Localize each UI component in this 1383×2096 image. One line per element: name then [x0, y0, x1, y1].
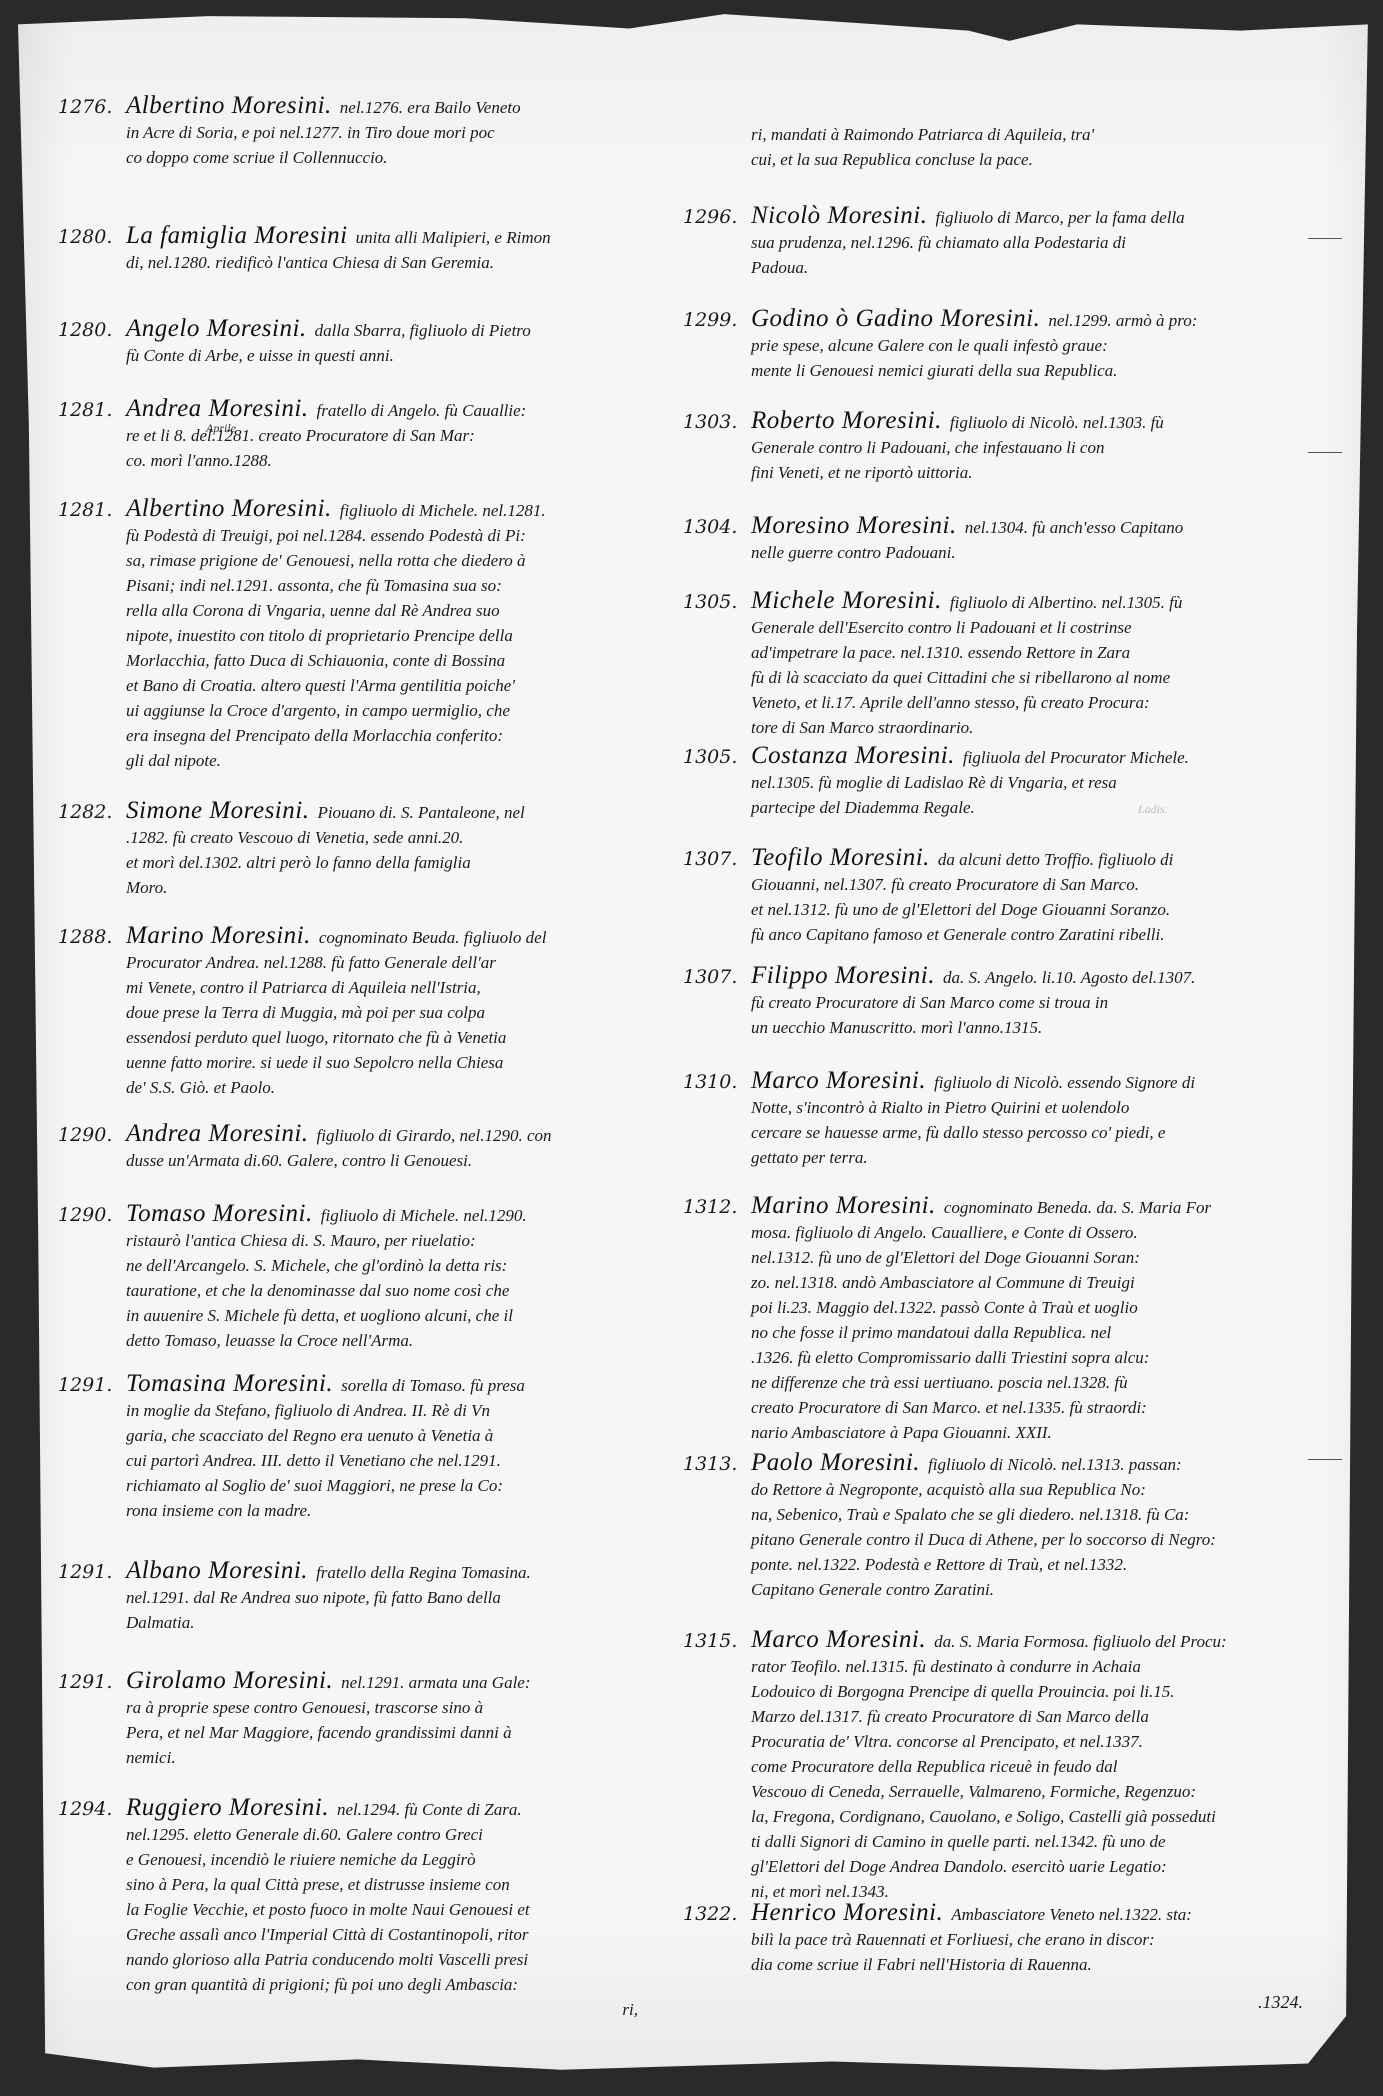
- entry-line: sua prudenza, nel.1296. fù chiamato alla…: [751, 230, 1353, 255]
- entry-line: ad'impetrare la pace. nel.1310. essendo …: [751, 640, 1353, 665]
- entry-year: 1281.: [58, 399, 126, 421]
- entry-line: gettato per terra.: [751, 1145, 1353, 1170]
- entry-line: nel.1295. eletto Generale di.60. Galere …: [126, 1822, 698, 1847]
- entry-famiglia-1280: 1280. La famiglia Moresini unita alli Ma…: [58, 222, 698, 275]
- entry-name: Moresino Moresini.: [751, 512, 957, 540]
- entry-text: nel.1304. fù anch'esso Capitano: [965, 518, 1184, 538]
- entry-year: 1322.: [683, 1903, 751, 1925]
- entry-line: mente li Genouesi nemici giurati della s…: [751, 358, 1353, 383]
- entry-line: in auuenire S. Michele fù detta, et uogl…: [126, 1303, 698, 1328]
- entry-line: nario Ambasciatore à Papa Giouanni. XXII…: [751, 1420, 1353, 1445]
- entry-girolamo-1291: 1291. Girolamo Moresini. nel.1291. armat…: [58, 1667, 698, 1770]
- margin-mark: [1308, 238, 1342, 239]
- entry-line: nel.1305. fù moglie di Ladislao Rè di Vn…: [751, 770, 1353, 795]
- entry-line: Pisani; indi nel.1291. assonta, che fù T…: [126, 573, 698, 598]
- entry-line: rella alla Corona di Vngaria, uenne dal …: [126, 598, 698, 623]
- entry-line: et nel.1312. fù uno de gl'Elettori del D…: [751, 897, 1353, 922]
- entry-year: 1296.: [683, 206, 751, 228]
- entry-year: 1291.: [58, 1671, 126, 1693]
- entry-marino-1312: 1312. Marino Moresini. cognominato Bened…: [683, 1192, 1353, 1445]
- entry-andrea-1290: 1290. Andrea Moresini. figliuolo di Gira…: [58, 1120, 698, 1173]
- entry-year: 1290.: [58, 1124, 126, 1146]
- entry-text: nel.1294. fù Conte di Zara.: [337, 1800, 522, 1820]
- entry-line: poi li.23. Maggio del.1322. passò Conte …: [751, 1295, 1353, 1320]
- entry-line: Pera, et nel Mar Maggiore, facendo grand…: [126, 1720, 698, 1745]
- entry-line: zo. nel.1318. andò Ambasciatore al Commu…: [751, 1270, 1353, 1295]
- entry-name: Andrea Moresini.: [126, 1120, 309, 1148]
- entry-line: era insegna del Prencipato della Morlacc…: [126, 723, 698, 748]
- entry-year: 1313.: [683, 1453, 751, 1475]
- entry-name: Roberto Moresini.: [751, 407, 942, 435]
- entry-text: unita alli Malipieri, e Rimon: [356, 228, 551, 248]
- entry-line: Lodouico di Borgogna Prencipe di quella …: [751, 1679, 1353, 1704]
- entry-text: sorella di Tomaso. fù presa: [341, 1376, 525, 1396]
- entry-line: tore di San Marco straordinario.: [751, 715, 1353, 740]
- entry-nicolo-1296: 1296. Nicolò Moresini. figliuolo di Marc…: [683, 202, 1353, 280]
- entry-line: come Procuratore della Republica riceuè …: [751, 1754, 1353, 1779]
- entry-text: da. S. Maria Formosa. figliuolo del Proc…: [934, 1632, 1227, 1652]
- entry-line: bilì la pace trà Rauennati et Forliuesi,…: [751, 1927, 1353, 1952]
- entry-line: doue prese la Terra di Muggia, mà poi pe…: [126, 1000, 698, 1025]
- margin-mark: [1308, 1459, 1342, 1460]
- entry-tomaso-1290: 1290. Tomaso Moresini. figliuolo di Mich…: [58, 1200, 698, 1353]
- entry-line: na, Sebenico, Traù e Spalato che se gli …: [751, 1502, 1353, 1527]
- entry-text: nel.1291. armata una Gale:: [341, 1673, 530, 1693]
- faint-annotation: Ladis.: [1138, 802, 1168, 817]
- entry-line: di, nel.1280. riedificò l'antica Chiesa …: [126, 250, 698, 275]
- entry-line: ui aggiunse la Croce d'argento, in campo…: [126, 698, 698, 723]
- entry-tomasina-1291: 1291. Tomasina Moresini. sorella di Toma…: [58, 1370, 698, 1523]
- entry-line: mi Venete, contro il Patriarca di Aquile…: [126, 975, 698, 1000]
- entry-line: Vescouo di Ceneda, Serrauelle, Valmareno…: [751, 1779, 1353, 1804]
- entry-henrico-1322: 1322. Henrico Moresini. Ambasciatore Ven…: [683, 1899, 1353, 1977]
- entry-line: Capitano Generale contro Zaratini.: [751, 1577, 1353, 1602]
- entry-line: in Acre di Soria, e poi nel.1277. in Tir…: [126, 120, 698, 145]
- entry-text: dalla Sbarra, figliuolo di Pietro: [315, 321, 531, 341]
- entry-costanza-1305: 1305. Costanza Moresini. figliuola del P…: [683, 742, 1353, 820]
- entry-name: Godino ò Gadino Moresini.: [751, 305, 1040, 333]
- entry-line: richiamato al Soglio de' suoi Maggiori, …: [126, 1473, 698, 1498]
- entry-marino-1288: 1288. Marino Moresini. cognominato Beuda…: [58, 922, 698, 1100]
- entry-line: ne differenze che trà essi uertiuano. po…: [751, 1370, 1353, 1395]
- entry-name: Simone Moresini.: [126, 797, 309, 825]
- entry-year: 1315.: [683, 1630, 751, 1652]
- entry-text: da. S. Angelo. li.10. Agosto del.1307.: [943, 968, 1195, 988]
- entry-line: co doppo come scriue il Collennuccio.: [126, 145, 698, 170]
- entry-name: Nicolò Moresini.: [751, 202, 928, 230]
- entry-line: Generale contro li Padouani, che infesta…: [751, 435, 1353, 460]
- entry-text: cognominato Beneda. da. S. Maria For: [944, 1198, 1211, 1218]
- entry-marco-1310: 1310. Marco Moresini. figliuolo di Nicol…: [683, 1067, 1353, 1170]
- entry-year: 1307.: [683, 966, 751, 988]
- entry-year: 1276.: [58, 96, 126, 118]
- entry-line: ristaurò l'antica Chiesa di. S. Mauro, p…: [126, 1228, 698, 1253]
- entry-line: nel.1291. dal Re Andrea suo nipote, fù f…: [126, 1585, 698, 1610]
- entry-text: fratello della Regina Tomasina.: [316, 1563, 531, 1583]
- entry-name: Marino Moresini.: [126, 922, 311, 950]
- entry-teofilo-1307: 1307. Teofilo Moresini. da alcuni detto …: [683, 844, 1353, 947]
- entry-line: sa, rimase prigione de' Genouesi, nella …: [126, 548, 698, 573]
- entry-godino-1299: 1299. Godino ò Gadino Moresini. nel.1299…: [683, 305, 1353, 383]
- entry-line: Padoua.: [751, 255, 1353, 280]
- entry-line: nipote, inuestito con titolo di propriet…: [126, 623, 698, 648]
- entry-text: nel.1299. armò à pro:: [1048, 311, 1197, 331]
- entry-text: figliuolo di Michele. nel.1290.: [321, 1206, 527, 1226]
- entry-line: Procurator Andrea. nel.1288. fù fatto Ge…: [126, 950, 698, 975]
- entry-year: 1280.: [58, 319, 126, 341]
- entry-name: Tomaso Moresini.: [126, 1200, 313, 1228]
- entry-year: 1282.: [58, 801, 126, 823]
- entry-line: nemici.: [126, 1745, 698, 1770]
- entry-line: partecipe del Diademma Regale.: [751, 795, 1353, 820]
- entry-line: Marzo del.1317. fù creato Procuratore di…: [751, 1704, 1353, 1729]
- entry-year: 1290.: [58, 1204, 126, 1226]
- continuation-block: ri, mandati à Raimondo Patriarca di Aqui…: [683, 122, 1353, 172]
- entry-albano-1291: 1291. Albano Moresini. fratello della Re…: [58, 1557, 698, 1635]
- entry-line: con gran quantità di prigioni; fù poi un…: [126, 1972, 698, 1997]
- entry-line: Morlacchia, fatto Duca di Schiauonia, co…: [126, 648, 698, 673]
- entry-line: fini Veneti, et ne riportò uittoria.: [751, 460, 1353, 485]
- entry-name: Girolamo Moresini.: [126, 1667, 333, 1695]
- entry-name: Tomasina Moresini.: [126, 1370, 333, 1398]
- entry-name: Albertino Moresini.: [126, 495, 332, 523]
- catchword: .1324.: [1258, 1992, 1303, 2013]
- entry-name: Marco Moresini.: [751, 1067, 926, 1095]
- entry-line: et Bano di Croatia. altero questi l'Arma…: [126, 673, 698, 698]
- entry-name: Filippo Moresini.: [751, 962, 935, 990]
- entry-filippo-1307: 1307. Filippo Moresini. da. S. Angelo. l…: [683, 962, 1353, 1040]
- entry-line: fù Conte di Arbe, e uisse in questi anni…: [126, 343, 698, 368]
- entry-line: in moglie da Stefano, figliuolo di Andre…: [126, 1398, 698, 1423]
- entry-year: 1281.: [58, 499, 126, 521]
- entry-year: 1304.: [683, 516, 751, 538]
- entry-text: figliuolo di Nicolò. nel.1313. passan:: [928, 1455, 1182, 1475]
- entry-text: figliuolo di Marco, per la fama della: [936, 208, 1185, 228]
- entry-simone-1282: 1282. Simone Moresini. Piouano di. S. Pa…: [58, 797, 698, 900]
- margin-mark: [1308, 452, 1342, 453]
- entry-albertino-1276: 1276. Albertino Moresini. nel.1276. era …: [58, 92, 698, 170]
- entry-name: Ruggiero Moresini.: [126, 1794, 329, 1822]
- entry-line: do Rettore à Negroponte, acquistò alla s…: [751, 1477, 1353, 1502]
- entry-text: figliuolo di Michele. nel.1281.: [340, 501, 546, 521]
- entry-year: 1280.: [58, 226, 126, 248]
- entry-name: La famiglia Moresini: [126, 222, 348, 250]
- entry-year: 1291.: [58, 1374, 126, 1396]
- entry-text: fratello di Angelo. fù Cauallie:: [317, 401, 527, 421]
- entry-text: cognominato Beuda. figliuolo del: [319, 928, 547, 948]
- entry-year: 1305.: [683, 746, 751, 768]
- entry-name: Albertino Moresini.: [126, 92, 332, 120]
- entry-name: Paolo Moresini.: [751, 1449, 920, 1477]
- entry-marco-1315: 1315. Marco Moresini. da. S. Maria Formo…: [683, 1626, 1353, 1904]
- entry-line: detto Tomaso, leuasse la Croce nell'Arma…: [126, 1328, 698, 1353]
- entry-text: figliuolo di Nicolò. nel.1303. fù: [950, 413, 1164, 433]
- entry-name: Teofilo Moresini.: [751, 844, 930, 872]
- entry-line: creato Procuratore di San Marco. et nel.…: [751, 1395, 1353, 1420]
- entry-line: nelle guerre contro Padouani.: [751, 540, 1353, 565]
- entry-line: no che fosse il primo mandatoui dalla Re…: [751, 1320, 1353, 1345]
- entry-name: Michele Moresini.: [751, 587, 942, 615]
- entry-name: Marino Moresini.: [751, 1192, 936, 1220]
- entry-line: ri,: [126, 1997, 698, 2022]
- entry-line: essendosi perduto quel luogo, ritornato …: [126, 1025, 698, 1050]
- entry-name: Henrico Moresini.: [751, 1899, 943, 1927]
- entry-year: 1299.: [683, 309, 751, 331]
- entry-line: la, Fregona, Cordignano, Cauolano, e Sol…: [751, 1804, 1353, 1829]
- entry-text: figliuolo di Nicolò. essendo Signore di: [934, 1073, 1195, 1093]
- entry-line: nando glorioso alla Patria conducendo mo…: [126, 1947, 698, 1972]
- entry-line: dia come scriue il Fabri nell'Historia d…: [751, 1952, 1353, 1977]
- manuscript-page: 1276. Albertino Moresini. nel.1276. era …: [18, 12, 1376, 2078]
- entry-moresino-1304: 1304. Moresino Moresini. nel.1304. fù an…: [683, 512, 1353, 565]
- entry-line: sino à Pera, la qual Città prese, et dis…: [126, 1872, 698, 1897]
- entry-year: 1294.: [58, 1798, 126, 1820]
- entry-line: et morì del.1302. altri però lo fanno de…: [126, 850, 698, 875]
- entry-line: Procuratia de' Vltra. concorse al Prenci…: [751, 1729, 1353, 1754]
- interlinear-note: Aprile: [206, 421, 236, 436]
- entry-name: Angelo Moresini.: [126, 315, 307, 343]
- entry-text: Piouano di. S. Pantaleone, nel: [317, 803, 524, 823]
- entry-line: rator Teofilo. nel.1315. fù destinato à …: [751, 1654, 1353, 1679]
- entry-line: mosa. figliuolo di Angelo. Caualliere, e…: [751, 1220, 1353, 1245]
- entry-year: 1307.: [683, 848, 751, 870]
- entry-paolo-1313: 1313. Paolo Moresini. figliuolo di Nicol…: [683, 1449, 1353, 1602]
- entry-line: ponte. nel.1322. Podestà e Rettore di Tr…: [751, 1552, 1353, 1577]
- entry-line: Notte, s'incontrò à Rialto in Pietro Qui…: [751, 1095, 1353, 1120]
- entry-line: fù di là scacciato da quei Cittadini che…: [751, 665, 1353, 690]
- continuation-line: cui, et la sua Republica concluse la pac…: [751, 147, 1353, 172]
- entry-name: Marco Moresini.: [751, 1626, 926, 1654]
- entry-line: nel.1312. fù uno de gl'Elettori del Doge…: [751, 1245, 1353, 1270]
- entry-line: prie spese, alcune Galere con le quali i…: [751, 333, 1353, 358]
- entry-year: 1305.: [683, 591, 751, 613]
- entry-line: Dalmatia.: [126, 1610, 698, 1635]
- entry-roberto-1303: 1303. Roberto Moresini. figliuolo di Nic…: [683, 407, 1353, 485]
- entry-text: figliuola del Procurator Michele.: [963, 748, 1189, 768]
- entry-year: 1288.: [58, 926, 126, 948]
- entry-line: Veneto, et li.17. Aprile dell'anno stess…: [751, 690, 1353, 715]
- entry-line: .1282. fù creato Vescouo di Venetia, sed…: [126, 825, 698, 850]
- entry-line: uenne fatto morire. si uede il suo Sepol…: [126, 1050, 698, 1075]
- entry-line: la Foglie Vecchie, et posto fuoco in mol…: [126, 1897, 698, 1922]
- entry-text: nel.1276. era Bailo Veneto: [340, 98, 521, 118]
- entry-line: gli dal nipote.: [126, 748, 698, 773]
- entry-line: fù anco Capitano famoso et Generale cont…: [751, 922, 1353, 947]
- entry-ruggiero-1294: 1294. Ruggiero Moresini. nel.1294. fù Co…: [58, 1794, 698, 2022]
- entry-albertino-1281: 1281. Albertino Moresini. figliuolo di M…: [58, 495, 698, 773]
- continuation-line: ri, mandati à Raimondo Patriarca di Aqui…: [751, 122, 1353, 147]
- entry-line: de' S.S. Giò. et Paolo.: [126, 1075, 698, 1100]
- entry-name: Albano Moresini.: [126, 1557, 308, 1585]
- entry-line: fù Podestà di Treuigi, poi nel.1284. ess…: [126, 523, 698, 548]
- entry-line: Moro.: [126, 875, 698, 900]
- entry-line: gl'Elettori del Doge Andrea Dandolo. ese…: [751, 1854, 1353, 1879]
- entry-line: ra à proprie spese contro Genouesi, tras…: [126, 1695, 698, 1720]
- entry-line: cercare se hauesse arme, fù dallo stesso…: [751, 1120, 1353, 1145]
- entry-michele-1305: 1305. Michele Moresini. figliuolo di Alb…: [683, 587, 1353, 740]
- entry-line: garia, che scacciato del Regno era uenut…: [126, 1423, 698, 1448]
- entry-text: figliuolo di Albertino. nel.1305. fù: [950, 593, 1183, 613]
- entry-line: ti dalli Signori di Camino in quelle par…: [751, 1829, 1353, 1854]
- entry-line: pitano Generale contro il Duca di Athene…: [751, 1527, 1353, 1552]
- entry-line: un uecchio Manuscritto. morì l'anno.1315…: [751, 1015, 1353, 1040]
- entry-line: dusse un'Armata di.60. Galere, contro li…: [126, 1148, 698, 1173]
- entry-line: Greche assalì anco l'Imperial Città di C…: [126, 1922, 698, 1947]
- entry-line: rona insieme con la madre.: [126, 1498, 698, 1523]
- entry-line: ne dell'Arcangelo. S. Michele, che gl'or…: [126, 1253, 698, 1278]
- entry-line: e Genouesi, incendiò le riuiere nemiche …: [126, 1847, 698, 1872]
- entry-line: tauratione, et che la denominasse dal su…: [126, 1278, 698, 1303]
- entry-name: Andrea Moresini.: [126, 395, 309, 423]
- entry-line: cui partorì Andrea. III. detto il Veneti…: [126, 1448, 698, 1473]
- entry-text: da alcuni detto Troffio. figliuolo di: [938, 850, 1174, 870]
- entry-text: figliuolo di Girardo, nel.1290. con: [317, 1126, 552, 1146]
- entry-angelo-1280: 1280. Angelo Moresini. dalla Sbarra, fig…: [58, 315, 698, 368]
- entry-andrea-1281: 1281. Andrea Moresini. fratello di Angel…: [58, 395, 698, 473]
- entry-line: co. morì l'anno.1288.: [126, 448, 698, 473]
- entry-line: Generale dell'Esercito contro li Padouan…: [751, 615, 1353, 640]
- entry-year: 1303.: [683, 411, 751, 433]
- entry-year: 1312.: [683, 1196, 751, 1218]
- entry-line: fù creato Procuratore di San Marco come …: [751, 990, 1353, 1015]
- entry-text: Ambasciatore Veneto nel.1322. sta:: [951, 1905, 1192, 1925]
- entry-year: 1291.: [58, 1561, 126, 1583]
- entry-year: 1310.: [683, 1071, 751, 1093]
- entry-line: .1326. fù eletto Compromissario dalli Tr…: [751, 1345, 1353, 1370]
- entry-line: Giouanni, nel.1307. fù creato Procurator…: [751, 872, 1353, 897]
- entry-name: Costanza Moresini.: [751, 742, 955, 770]
